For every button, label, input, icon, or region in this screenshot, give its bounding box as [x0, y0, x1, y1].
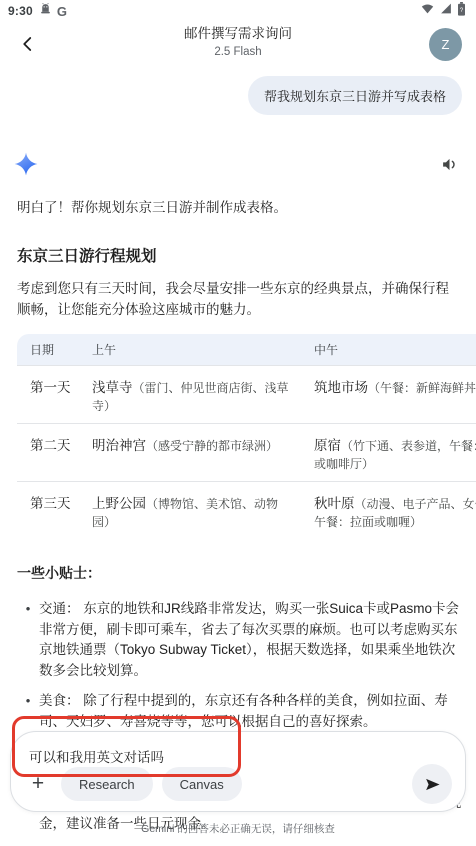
- send-button[interactable]: [412, 764, 452, 804]
- canvas-chip[interactable]: Canvas: [162, 767, 242, 801]
- send-arrow-icon: [424, 776, 441, 793]
- chevron-left-icon: [19, 35, 37, 53]
- place-name: 浅草寺: [92, 380, 133, 395]
- svg-text:?: ?: [460, 6, 464, 13]
- app-header: 邮件撰写需求询问 2.5 Flash Z: [0, 20, 476, 68]
- message-input[interactable]: 可以和我用英文对话吗: [11, 732, 465, 766]
- page-title: 邮件撰写需求询问: [184, 22, 292, 42]
- place-name: 筑地市场: [314, 380, 368, 395]
- chat-scroll-area[interactable]: 帮我规划东京三日游并写成表格 明白了！帮你规划东京三日游并制作成表格。 东京三日…: [0, 68, 476, 834]
- wifi-icon: [420, 2, 435, 20]
- list-item: •美食： 除了行程中提到的，东京还有各种各样的美食，例如拉面、寿司、天妇罗、寿喜…: [17, 691, 462, 732]
- col-header-date: 日期: [17, 334, 79, 366]
- day-label: 第一天: [30, 380, 71, 395]
- place-name: 明治神宫: [92, 438, 146, 453]
- table-header-row: 日期 上午 中午: [17, 334, 476, 366]
- list-item: •交通： 东京的地铁和JR线路非常发达，购买一张Suica卡或Pasmo卡会非常…: [17, 599, 462, 681]
- clock: 9:30: [8, 4, 33, 18]
- disclaimer-text: Gemini 的回答未必正确无误，请仔细核查: [0, 821, 476, 836]
- battery-icon: ?: [457, 2, 466, 21]
- research-chip[interactable]: Research: [61, 767, 153, 801]
- place-detail: （午餐：新鲜海鲜丼）: [368, 381, 476, 395]
- table-row: 第一天 浅草寺（雷门、仲见世商店街、浅草寺） 筑地市场（午餐：新鲜海鲜丼）: [17, 366, 476, 424]
- section-title: 东京三日游行程规划: [0, 218, 476, 266]
- day-label: 第三天: [30, 496, 71, 511]
- google-app-notification-icon: G: [57, 4, 67, 19]
- add-attachment-button[interactable]: +: [24, 770, 52, 798]
- speaker-icon[interactable]: [441, 156, 458, 178]
- gemini-sparkle-icon: [13, 151, 39, 182]
- model-selector-label[interactable]: 2.5 Flash: [184, 46, 292, 58]
- tip-text: 除了行程中提到的，东京还有各种各样的美食，例如拉面、寿司、天妇罗、寿喜烧等等，您…: [39, 693, 448, 729]
- place-detail: （感受宁静的都市绿洲）: [146, 439, 278, 453]
- col-header-morning: 上午: [79, 334, 301, 366]
- android-notification-icon: [39, 2, 52, 20]
- user-message-bubble: 帮我规划东京三日游并写成表格: [248, 76, 462, 115]
- place-name: 上野公园: [92, 496, 146, 511]
- itinerary-table: 日期 上午 中午 第一天 浅草寺（雷门、仲见世商店街、浅草寺） 筑地市场（午餐：…: [17, 334, 476, 539]
- bullet-icon: •: [17, 691, 39, 732]
- back-button[interactable]: [14, 30, 42, 58]
- place-name: 原宿: [314, 438, 341, 453]
- status-bar: 9:30 G ?: [0, 0, 476, 20]
- tip-text: 东京的地铁和JR线路非常发达，购买一张Suica卡或Pasmo卡会非常方便，刷卡…: [39, 601, 459, 678]
- place-name: 秋叶原: [314, 496, 355, 511]
- day-label: 第二天: [30, 438, 71, 453]
- bullet-icon: •: [17, 599, 39, 681]
- table-row: 第二天 明治神宫（感受宁静的都市绿洲） 原宿（竹下通、表参道，午餐：轻 或咖啡厅…: [17, 424, 476, 482]
- composer-panel: 可以和我用英文对话吗 + Research Canvas: [10, 731, 466, 812]
- tips-title: 一些小贴士：: [0, 539, 476, 583]
- itinerary-table-scroll[interactable]: 日期 上午 中午 第一天 浅草寺（雷门、仲见世商店街、浅草寺） 筑地市场（午餐：…: [17, 334, 476, 539]
- section-intro-text: 考虑到您只有三天时间，我会尽量安排一些东京的经典景点，并确保行程顺畅，让您能充分…: [0, 266, 476, 320]
- model-intro-text: 明白了！帮你规划东京三日游并制作成表格。: [0, 182, 476, 218]
- signal-icon: [439, 2, 453, 20]
- avatar[interactable]: Z: [429, 28, 462, 61]
- tip-label: 交通：: [39, 601, 80, 616]
- col-header-noon: 中午: [301, 334, 476, 366]
- tip-label: 美食：: [39, 693, 80, 708]
- table-row: 第三天 上野公园（博物馆、美术馆、动物园） 秋叶原（动漫、电子产品、女仆咖 午餐…: [17, 482, 476, 540]
